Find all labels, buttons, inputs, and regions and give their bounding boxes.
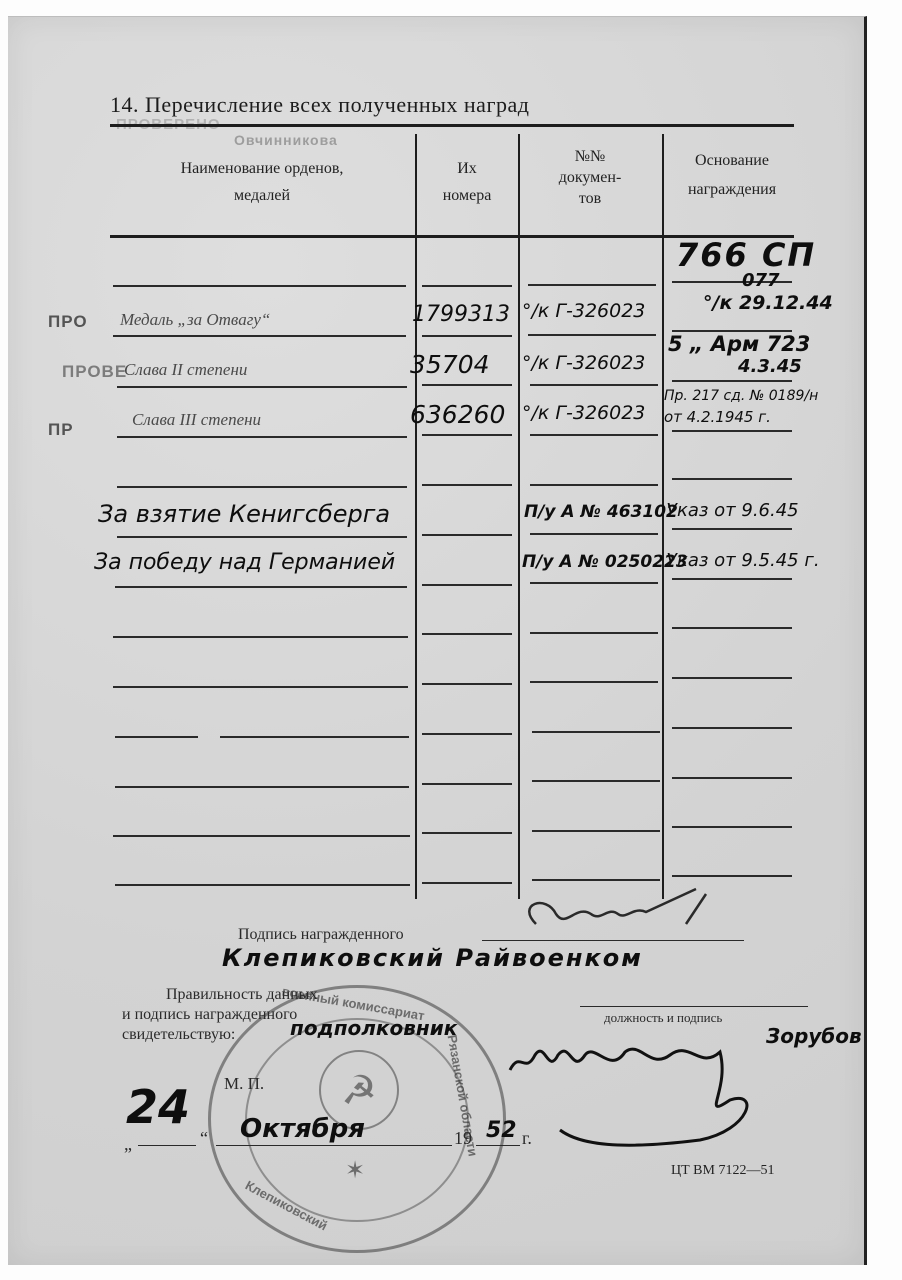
position-signature-label: должность и подпись <box>604 1010 722 1026</box>
verification-line2: и подпись награжденного <box>122 1006 297 1024</box>
column-header-documents: №№ докумен- тов <box>520 146 660 209</box>
row-rule <box>422 285 512 287</box>
award-basis-line2: 4.3.45 <box>738 356 802 377</box>
row-rule <box>532 780 660 782</box>
header-line: докумен- <box>520 167 660 188</box>
row-rule <box>422 534 512 536</box>
award-document: °/к Г-326023 <box>522 352 645 374</box>
row-rule <box>672 826 792 828</box>
award-document: °/к Г-326023 <box>522 402 645 424</box>
ghost-stamp-name: Овчинникова <box>234 132 338 148</box>
row-rule <box>422 335 512 337</box>
column-divider-2 <box>518 134 520 899</box>
row-rule <box>672 380 792 382</box>
award-number: 636260 <box>410 400 505 429</box>
column-header-award-name: Наименование орденов, медалей <box>112 158 412 206</box>
row-rule <box>113 285 406 287</box>
officer-name: Зорубов <box>766 1024 862 1048</box>
row-rule <box>422 633 512 635</box>
row-rule <box>532 830 660 832</box>
row-rule <box>422 584 512 586</box>
award-basis-line1: Пр. 217 сд. № 0189/н <box>664 388 818 404</box>
row-rule <box>672 430 792 432</box>
award-name: За победу над Германией <box>94 550 395 575</box>
star-icon: ✶ <box>345 1156 365 1185</box>
date-day: 24 <box>126 1080 190 1134</box>
row-rule <box>220 736 409 738</box>
award-basis-line1: Указ от 9.5.45 г. <box>666 550 820 571</box>
row-rule <box>422 733 512 735</box>
award-document: П/у А № 0250223 <box>522 552 688 572</box>
row-rule <box>422 434 512 436</box>
row-rule <box>113 335 406 337</box>
row-rule <box>422 683 512 685</box>
row-rule <box>672 677 792 679</box>
date-year-prefix: 19 <box>454 1128 472 1149</box>
row-rule <box>422 484 512 486</box>
row-rule <box>113 835 410 837</box>
row-rule <box>672 875 792 877</box>
date-month-line <box>216 1145 452 1146</box>
recipient-signature-label: Подпись награжденного <box>238 926 404 944</box>
row-rule <box>530 384 658 386</box>
row-rule <box>530 681 658 683</box>
row-rule <box>115 586 407 588</box>
award-basis-line1: 5 „ Арм 723 <box>668 332 810 356</box>
row-rule <box>530 533 658 535</box>
award-basis-line2: °/к 29.12.44 <box>703 292 833 314</box>
date-month: Октября <box>240 1114 365 1144</box>
row-stamp: ПР <box>48 420 74 440</box>
date-year-end: г. <box>522 1128 532 1149</box>
award-name: За взятие Кенигсберга <box>98 500 390 528</box>
row-rule <box>422 384 512 386</box>
header-line: Наименование орденов, <box>112 158 412 179</box>
header-line: тов <box>520 188 660 209</box>
header-line: медалей <box>112 185 412 206</box>
row-stamp: ПРО <box>48 312 88 332</box>
row-rule <box>422 783 512 785</box>
row-rule <box>530 434 658 436</box>
header-line: Основание <box>664 150 800 171</box>
header-line: награждения <box>664 179 800 200</box>
award-document: °/к Г-326023 <box>522 300 645 322</box>
award-document: П/у А № 463102 <box>524 502 678 522</box>
row-rule <box>528 284 656 286</box>
award-basis-line1: 077 <box>742 270 780 291</box>
award-number: 1799313 <box>412 302 510 327</box>
row-rule <box>532 731 660 733</box>
award-number: 35704 <box>410 350 490 379</box>
row-rule <box>530 582 658 584</box>
date-year-suffix: 52 <box>486 1118 517 1143</box>
row-rule <box>117 536 407 538</box>
date-day-line <box>138 1145 196 1146</box>
header-line: №№ <box>520 146 660 167</box>
unit-note: 766 СП <box>676 236 816 274</box>
column-header-numbers: Их номера <box>418 158 516 206</box>
row-rule <box>117 386 407 388</box>
row-rule <box>115 736 198 738</box>
officer-rank: подполковник <box>290 1016 457 1040</box>
column-header-basis: Основание награждения <box>664 150 800 200</box>
verification-line3: свидетельствую: <box>122 1026 235 1044</box>
row-rule <box>422 832 512 834</box>
row-rule <box>672 528 792 530</box>
row-rule <box>528 334 656 336</box>
row-stamp: ПРОВЕ <box>62 362 127 382</box>
position-signature-line <box>580 1006 808 1007</box>
row-rule <box>672 627 792 629</box>
row-rule <box>113 636 408 638</box>
print-code: ЦТ ВМ 7122—51 <box>671 1163 774 1179</box>
award-name: Слава III степени <box>132 410 261 430</box>
award-basis-line2: от 4.2.1945 г. <box>664 408 771 426</box>
section-title: 14. Перечисление всех полученных наград <box>110 92 529 118</box>
row-rule <box>672 478 792 480</box>
award-basis-line1: Указ от 9.6.45 <box>666 500 799 521</box>
commissariat-name: Клепиковский Райвоенком <box>222 944 643 972</box>
row-rule <box>117 436 407 438</box>
row-rule <box>672 727 792 729</box>
header-top-rule <box>110 124 794 127</box>
date-year-line <box>476 1145 520 1146</box>
column-divider-1 <box>415 134 417 899</box>
row-rule <box>532 879 660 881</box>
award-name: Медаль „за Отвагу“ <box>120 310 270 330</box>
officer-signature <box>500 1030 840 1160</box>
recipient-signature <box>496 884 726 944</box>
row-rule <box>113 686 408 688</box>
row-rule <box>115 786 409 788</box>
row-rule <box>117 486 407 488</box>
row-rule <box>672 578 792 580</box>
header-line: Их <box>418 158 516 179</box>
award-name: Слава II степени <box>124 360 247 380</box>
row-rule <box>530 632 658 634</box>
row-rule <box>530 484 658 486</box>
row-rule <box>672 777 792 779</box>
open-quote: „ <box>124 1134 132 1155</box>
header-line: номера <box>418 185 516 206</box>
row-rule <box>115 884 410 886</box>
verification-line1: Правильность данных <box>166 986 318 1004</box>
close-quote: “ <box>200 1128 208 1149</box>
seal-label: М. П. <box>224 1074 264 1094</box>
